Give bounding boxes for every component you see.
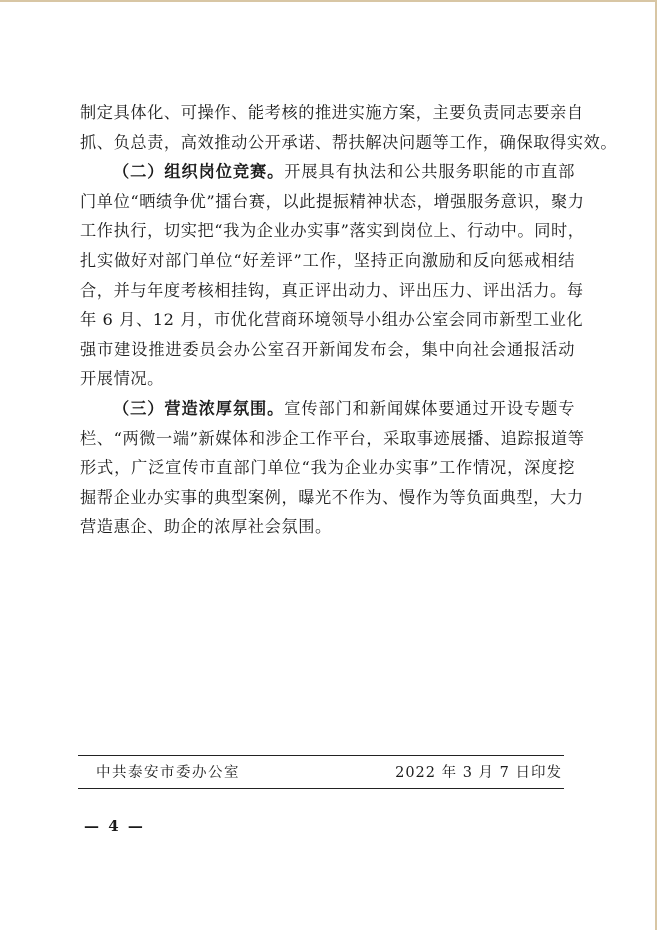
issuer-name: 中共泰安市委办公室 — [96, 762, 240, 784]
issue-date: 2022 年 3 月 7 日印发 — [395, 762, 562, 784]
body-line: 门单位“晒绩争优”擂台赛，以此提振精神状态，增强服务意识，聚力 — [80, 187, 575, 217]
body-line: （二）组织岗位竞赛。开展具有执法和公共服务职能的市直部 — [80, 157, 575, 187]
footer-rule-top — [78, 755, 564, 756]
body-line: 开展情况。 — [80, 364, 575, 394]
body-line-text: 宣传部门和新闻媒体要通过开设专题专 — [284, 399, 575, 418]
body-line: 营造惠企、助企的浓厚社会氛围。 — [80, 512, 575, 542]
body-line: 形式，广泛宣传市直部门单位“我为企业办实事”工作情况，深度挖 — [80, 453, 575, 483]
page-number: — 4 — — [84, 815, 143, 837]
body-line: 合，并与年度考核相挂钩，真正评出动力、评出压力、评出活力。每 — [80, 276, 575, 306]
body-line: 工作执行，切实把“我为企业办实事”落实到岗位上、行动中。同时， — [80, 216, 575, 246]
footer-rule-bottom — [78, 788, 564, 789]
body-line: 栏、“两微一端”新媒体和涉企工作平台，采取事迹展播、追踪报道等 — [80, 424, 575, 454]
section-heading-2: （二）组织岗位竞赛。 — [113, 162, 284, 181]
body-line: 强市建设推进委员会办公室召开新闻发布会，集中向社会通报活动 — [80, 335, 575, 365]
body-line-text: 开展具有执法和公共服务职能的市直部 — [284, 162, 575, 181]
body-line: 掘帮企业办实事的典型案例，曝光不作为、慢作为等负面典型，大力 — [80, 483, 575, 513]
body-line: 扎实做好对部门单位“好差评”工作，坚持正向激励和反向惩戒相结 — [80, 246, 575, 276]
body-line: （三）营造浓厚氛围。宣传部门和新闻媒体要通过开设专题专 — [80, 394, 575, 424]
document-body: 制定具体化、可操作、能考核的推进实施方案，主要负责同志要亲自 抓、负总责，高效推… — [80, 98, 575, 542]
body-line: 年 6 月、12 月，市优化营商环境领导小组办公室会同市新型工业化 — [80, 305, 575, 335]
page-top-edge — [0, 0, 657, 2]
body-line: 抓、负总责，高效推动公开承诺、帮扶解决问题等工作，确保取得实效。 — [80, 128, 575, 158]
section-heading-3: （三）营造浓厚氛围。 — [113, 399, 284, 418]
body-line: 制定具体化、可操作、能考核的推进实施方案，主要负责同志要亲自 — [80, 98, 575, 128]
